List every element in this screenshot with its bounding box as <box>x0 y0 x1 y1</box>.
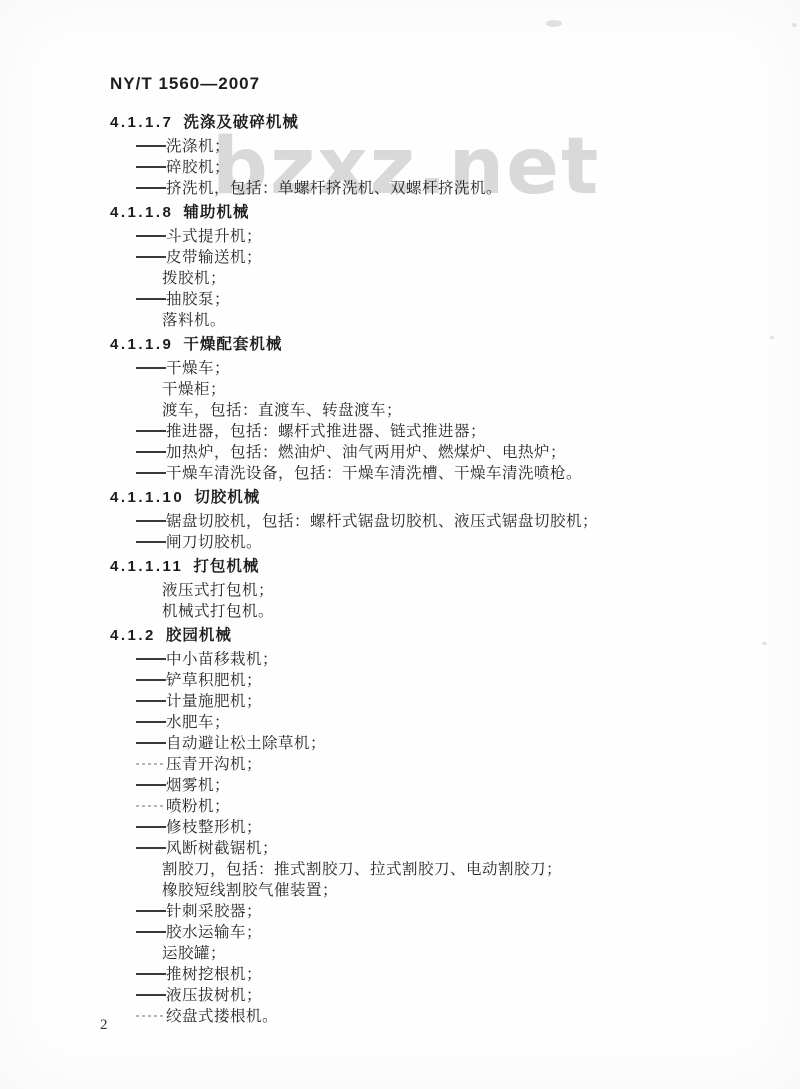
item-text: 挤洗机，包括：单螺杆挤洗机、双螺杆挤洗机。 <box>166 180 502 197</box>
list-item: 闸刀切胶机。 <box>110 532 710 553</box>
item-text: 运胶罐； <box>162 945 226 962</box>
section-heading: 4.1.1.7洗涤及破碎机械 <box>110 112 710 134</box>
scan-speck <box>792 23 797 27</box>
item-text: 推进器，包括：螺杆式推进器、链式推进器； <box>166 423 486 440</box>
item-text: 机械式打包机。 <box>162 603 274 620</box>
list-item: 渡车，包括：直渡车、转盘渡车； <box>110 400 710 421</box>
item-text: 液压式打包机； <box>162 582 274 599</box>
item-text: 烟雾机； <box>166 777 230 794</box>
item-dash <box>136 805 166 807</box>
item-text: 干燥车； <box>166 360 230 377</box>
item-text: 针刺采胶器； <box>166 903 262 920</box>
list-item: 橡胶短线割胶气催装置； <box>110 880 710 901</box>
list-item: 喷粉机； <box>110 796 710 817</box>
item-text: 推树挖根机； <box>166 966 262 983</box>
item-dash <box>136 298 166 300</box>
item-text: 绞盘式搂根机。 <box>166 1008 278 1025</box>
section-title: 干燥配套机械 <box>183 336 282 353</box>
item-text: 皮带输送机； <box>166 249 262 266</box>
item-text: 割胶刀，包括：推式割胶刀、拉式割胶刀、电动割胶刀； <box>162 861 562 878</box>
list-item: 液压式打包机； <box>110 580 710 601</box>
item-dash <box>136 847 166 849</box>
item-dash <box>136 658 166 660</box>
item-text: 计量施肥机； <box>166 693 262 710</box>
section-number: 4.1.1.9 <box>110 336 173 353</box>
list-item: 斗式提升机； <box>110 226 710 247</box>
list-item: 干燥柜； <box>110 379 710 400</box>
section-number: 4.1.1.10 <box>110 489 184 506</box>
scan-speck <box>546 20 562 27</box>
item-dash <box>136 973 166 975</box>
list-item: 中小苗移栽机； <box>110 649 710 670</box>
standard-code: NY/T 1560—2007 <box>110 74 260 94</box>
item-text: 洗涤机； <box>166 138 230 155</box>
item-text: 液压拔树机； <box>166 987 262 1004</box>
list-item: 加热炉，包括：燃油炉、油气两用炉、燃煤炉、电热炉； <box>110 442 710 463</box>
list-item: 拨胶机； <box>110 268 710 289</box>
item-dash <box>136 235 166 237</box>
item-dash <box>136 430 166 432</box>
item-dash <box>136 145 166 147</box>
item-dash <box>136 784 166 786</box>
section-number: 4.1.1.7 <box>110 114 173 131</box>
item-dash <box>136 910 166 912</box>
document-body: 4.1.1.7洗涤及破碎机械 洗涤机； 碎胶机； 挤洗机，包括：单螺杆挤洗机、双… <box>110 112 710 1027</box>
item-text: 铲草积肥机； <box>166 672 262 689</box>
item-text: 拨胶机； <box>162 270 226 287</box>
list-item: 水肥车； <box>110 712 710 733</box>
item-text: 自动避让松土除草机； <box>166 735 326 752</box>
item-dash <box>136 472 166 474</box>
item-text: 抽胶泵； <box>166 291 230 308</box>
section-title: 胶园机械 <box>166 627 232 644</box>
section-number: 4.1.1.11 <box>110 558 183 575</box>
item-text: 落料机。 <box>162 312 226 329</box>
section-number: 4.1.2 <box>110 627 156 644</box>
section-heading: 4.1.1.10切胶机械 <box>110 487 710 509</box>
list-item: 挤洗机，包括：单螺杆挤洗机、双螺杆挤洗机。 <box>110 178 710 199</box>
item-dash <box>136 166 166 168</box>
item-dash <box>136 541 166 543</box>
item-dash <box>136 931 166 933</box>
list-item: 干燥车清洗设备，包括：干燥车清洗槽、干燥车清洗喷枪。 <box>110 463 710 484</box>
item-dash <box>136 520 166 522</box>
item-text: 修枝整形机； <box>166 819 262 836</box>
item-dash <box>136 721 166 723</box>
list-item: 皮带输送机； <box>110 247 710 268</box>
item-dash <box>136 994 166 996</box>
item-dash <box>136 256 166 258</box>
item-dash <box>136 826 166 828</box>
item-dash <box>136 700 166 702</box>
section-title: 切胶机械 <box>194 489 260 506</box>
page-number: 2 <box>100 1017 108 1034</box>
list-item: 落料机。 <box>110 310 710 331</box>
item-dash <box>136 1015 166 1017</box>
section-title: 辅助机械 <box>183 204 249 221</box>
section-title: 洗涤及破碎机械 <box>183 114 299 131</box>
section-heading: 4.1.1.8辅助机械 <box>110 202 710 224</box>
item-dash <box>136 763 166 765</box>
item-dash <box>136 187 166 189</box>
list-item: 胶水运输车； <box>110 922 710 943</box>
list-item: 洗涤机； <box>110 136 710 157</box>
item-text: 中小苗移栽机； <box>166 651 278 668</box>
item-text: 干燥车清洗设备，包括：干燥车清洗槽、干燥车清洗喷枪。 <box>166 465 582 482</box>
item-text: 加热炉，包括：燃油炉、油气两用炉、燃煤炉、电热炉； <box>166 444 566 461</box>
item-text: 橡胶短线割胶气催装置； <box>162 882 338 899</box>
list-item: 压青开沟机； <box>110 754 710 775</box>
scanned-document-page: bzxz.net NY/T 1560—2007 4.1.1.7洗涤及破碎机械 洗… <box>0 0 800 1089</box>
list-item: 铲草积肥机； <box>110 670 710 691</box>
list-item: 烟雾机； <box>110 775 710 796</box>
item-dash <box>136 742 166 744</box>
item-text: 喷粉机； <box>166 798 230 815</box>
item-text: 水肥车； <box>166 714 230 731</box>
list-item: 计量施肥机； <box>110 691 710 712</box>
item-text: 斗式提升机； <box>166 228 262 245</box>
list-item: 机械式打包机。 <box>110 601 710 622</box>
item-text: 碎胶机； <box>166 159 230 176</box>
list-item: 抽胶泵； <box>110 289 710 310</box>
list-item: 推进器，包括：螺杆式推进器、链式推进器； <box>110 421 710 442</box>
list-item: 运胶罐； <box>110 943 710 964</box>
section-number: 4.1.1.8 <box>110 204 173 221</box>
list-item: 风断树截锯机； <box>110 838 710 859</box>
item-text: 干燥柜； <box>162 381 226 398</box>
item-text: 风断树截锯机； <box>166 840 278 857</box>
list-item: 碎胶机； <box>110 157 710 178</box>
list-item: 推树挖根机； <box>110 964 710 985</box>
item-text: 渡车，包括：直渡车、转盘渡车； <box>162 402 402 419</box>
section-title: 打包机械 <box>193 558 259 575</box>
list-item: 锯盘切胶机，包括：螺杆式锯盘切胶机、液压式锯盘切胶机； <box>110 511 710 532</box>
section-heading: 4.1.1.11打包机械 <box>110 556 710 578</box>
item-text: 压青开沟机； <box>166 756 262 773</box>
item-text: 胶水运输车； <box>166 924 262 941</box>
list-item: 干燥车； <box>110 358 710 379</box>
list-item: 修枝整形机； <box>110 817 710 838</box>
list-item: 绞盘式搂根机。 <box>110 1006 710 1027</box>
item-dash <box>136 367 166 369</box>
scan-speck <box>770 336 774 339</box>
section-heading: 4.1.1.9干燥配套机械 <box>110 334 710 356</box>
list-item: 割胶刀，包括：推式割胶刀、拉式割胶刀、电动割胶刀； <box>110 859 710 880</box>
item-text: 闸刀切胶机。 <box>166 534 262 551</box>
list-item: 自动避让松土除草机； <box>110 733 710 754</box>
scan-speck <box>762 642 767 645</box>
item-dash <box>136 451 166 453</box>
list-item: 针刺采胶器； <box>110 901 710 922</box>
item-dash <box>136 679 166 681</box>
list-item: 液压拔树机； <box>110 985 710 1006</box>
section-heading: 4.1.2胶园机械 <box>110 625 710 647</box>
item-text: 锯盘切胶机，包括：螺杆式锯盘切胶机、液压式锯盘切胶机； <box>166 513 598 530</box>
